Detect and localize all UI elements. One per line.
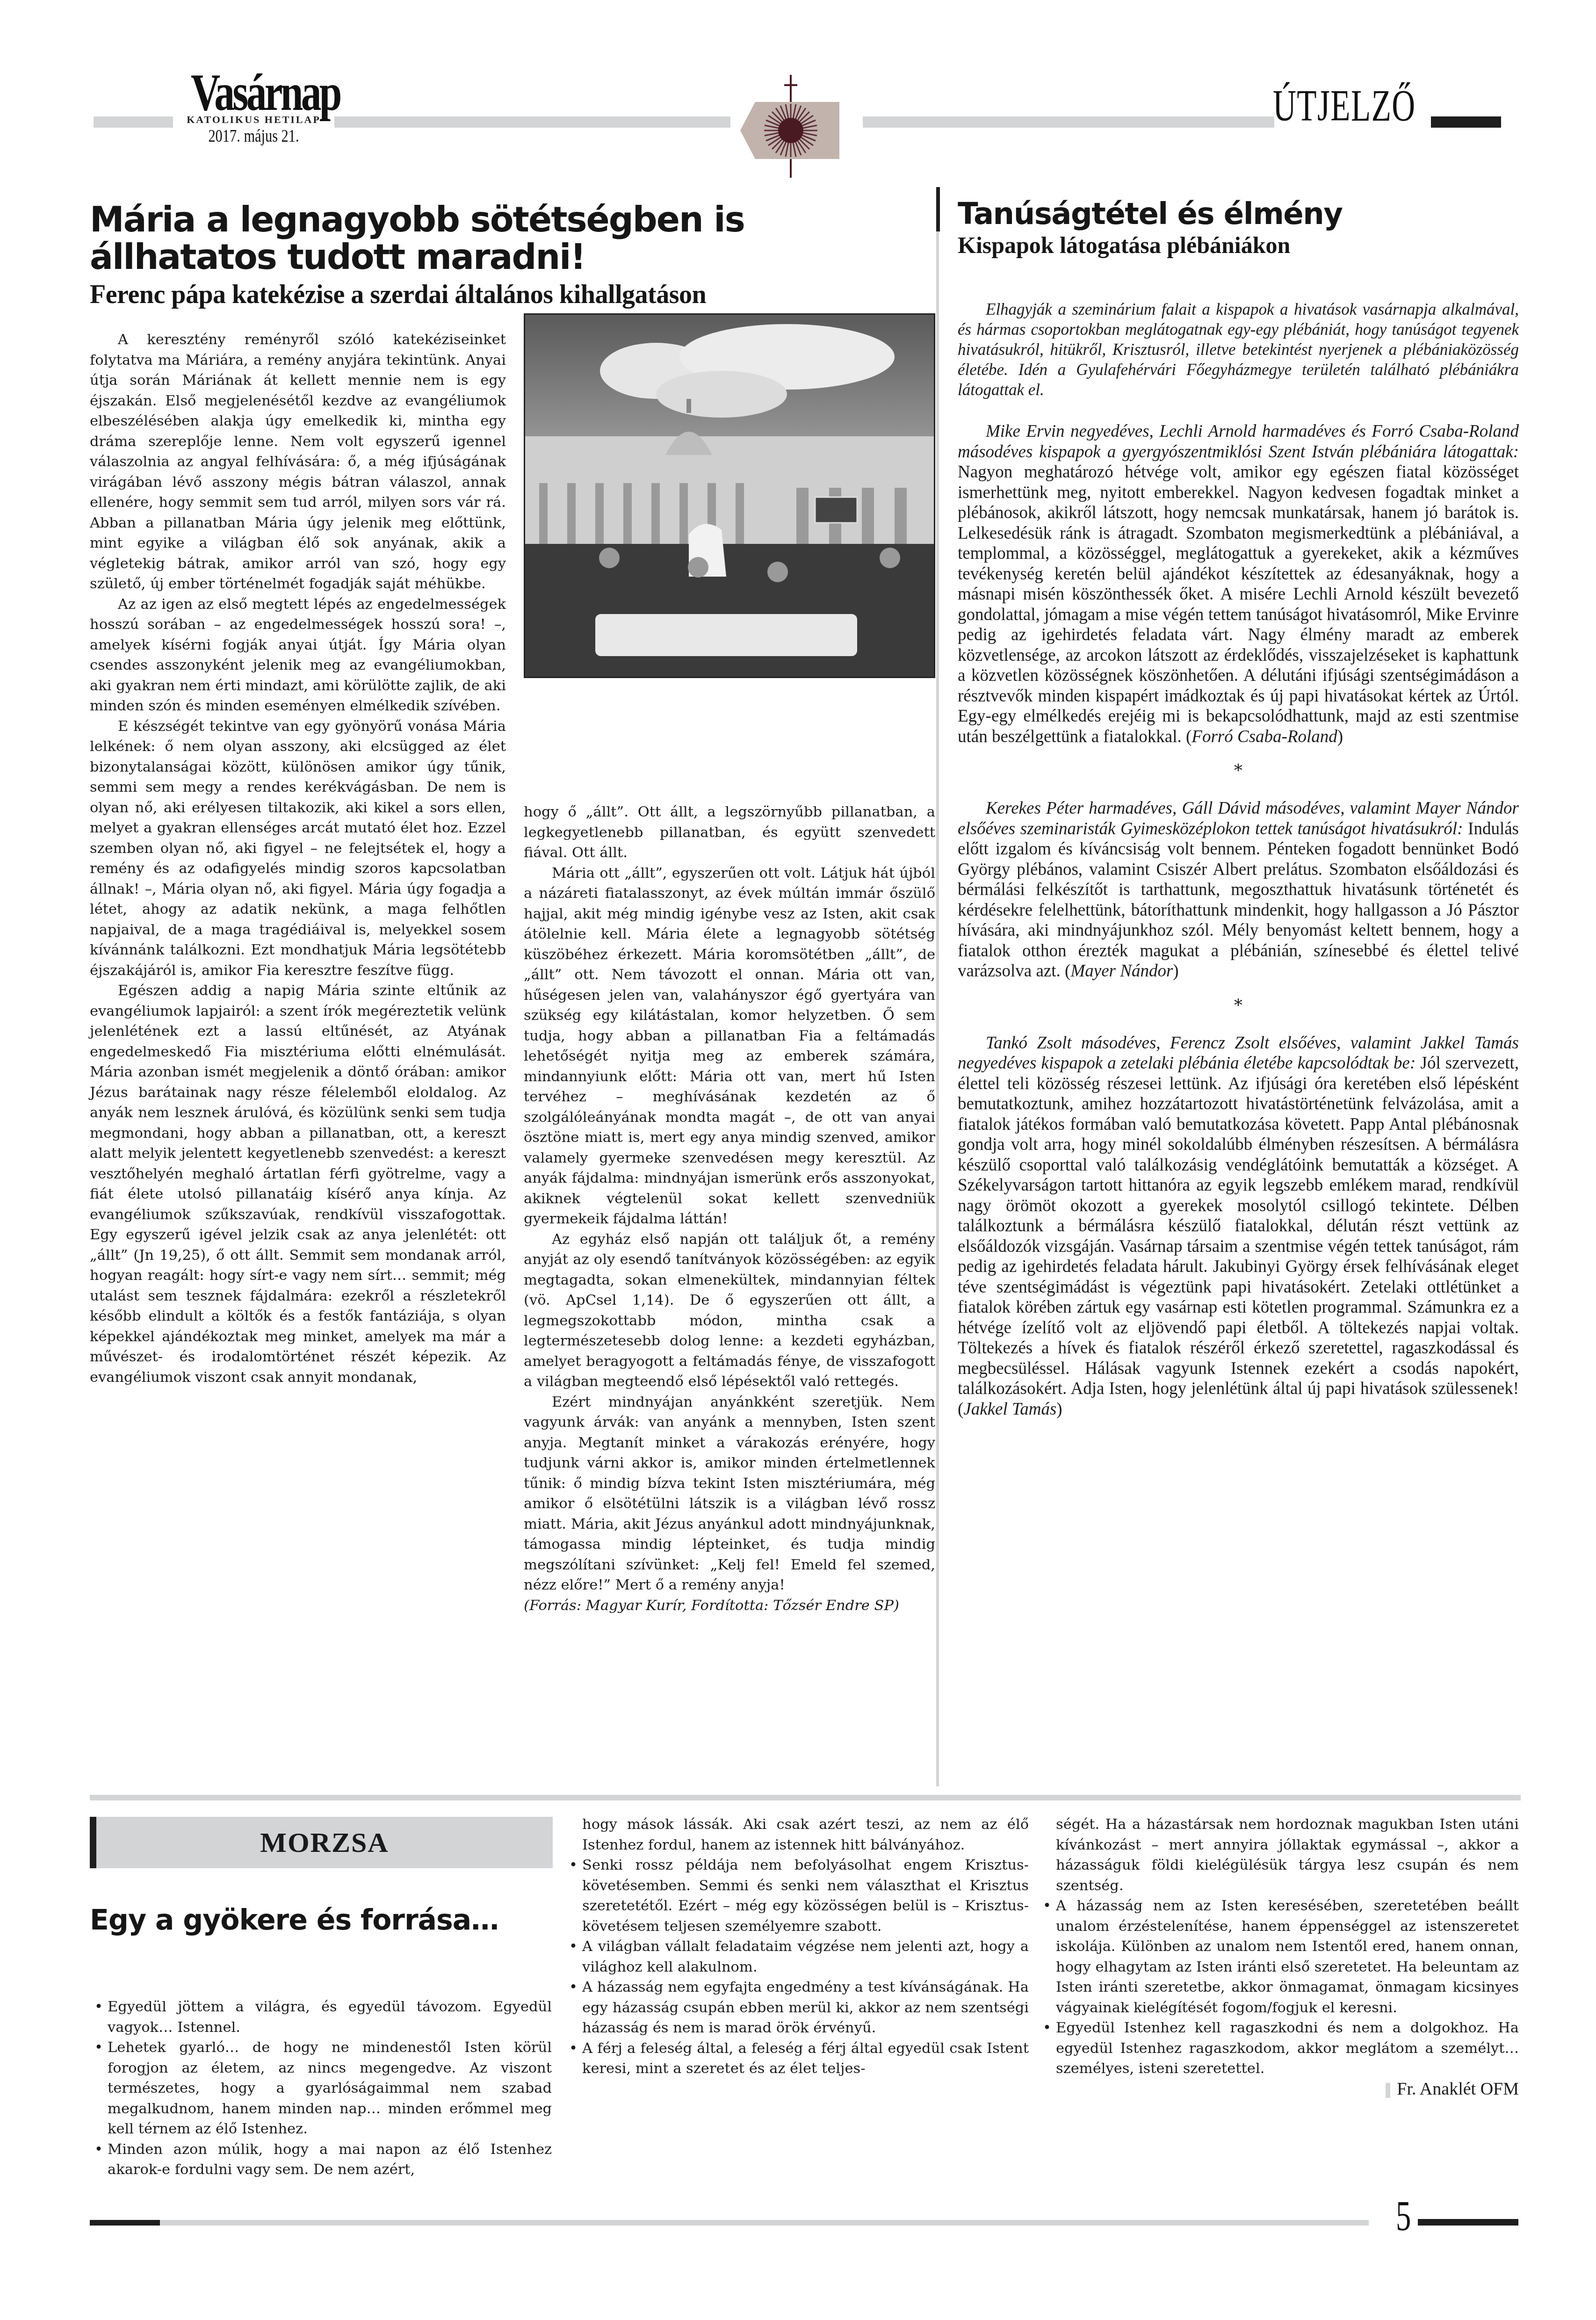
article-header: Tanúságtétel és élmény Kispapok látogatá…: [958, 196, 1519, 258]
article-header: Mária a legnagyobb sötétségben is állhat…: [90, 201, 791, 310]
article-subhead: Kispapok látogatása plébániákon: [958, 232, 1519, 258]
list-item: Minden azon múlik, hogy a mai napon az é…: [94, 2139, 552, 2180]
article-subhead: Ferenc pápa katekézise a szerdai általán…: [90, 280, 791, 310]
article-column-2: hogy ő „állt”. Ott állt, a legszörnyűbb …: [524, 802, 935, 1616]
column-divider: [936, 187, 939, 1786]
paragraph: E készségét tekintve van egy gyönyörű vo…: [90, 716, 506, 981]
paragraph: Mária ott „állt”, egyszerűen ott volt. L…: [524, 863, 935, 1229]
testimony-item: Tankó Zsolt másodéves, Ferencz Zsolt els…: [958, 1033, 1519, 1420]
article-column-1: A keresztény reményről szóló katekézisei…: [90, 330, 506, 1388]
testimony-author: Forró Csaba-Roland: [1192, 727, 1337, 746]
author-signature: Fr. Anaklét OFM: [1042, 2079, 1519, 2100]
testimony-intro: Mike Ervin negyedéves, Lechli Arnold har…: [958, 422, 1519, 462]
list-item-continuation: ségét. Ha a házastársak nem hordoznak ma…: [1042, 1814, 1519, 1896]
list-item-continuation: hogy mások lássák. Aki csak azért teszi,…: [568, 1814, 1029, 1855]
masthead-rule-center-left: [334, 116, 730, 128]
footer-rule-accent: [90, 2220, 160, 2226]
morzsa-headline: Egy a gyökere és forrása…: [90, 1903, 553, 1937]
column-divider-accent: [936, 187, 940, 231]
masthead-rule-center-right: [863, 116, 1274, 128]
paragraph: Az az igen az első megtett lépés az enge…: [90, 594, 506, 716]
list-item: A férj a feleség által, a feleség a férj…: [568, 2038, 1029, 2079]
paragraph: Az egyház első napján ott találjuk őt, a…: [524, 1229, 935, 1392]
signature-mark: [1386, 2083, 1390, 2098]
list-item: Egyedül Istenhez kell ragaszkodni és nem…: [1042, 2018, 1519, 2079]
section-separator: *: [958, 996, 1519, 1016]
paragraph: A keresztény reményről szóló katekézisei…: [90, 330, 506, 594]
section-separator: *: [958, 761, 1519, 781]
testimony-text: Jól szervezett, élettel teli közösség ré…: [958, 1054, 1519, 1419]
paragraph: Egészen addig a napig Mária szinte eltűn…: [90, 981, 506, 1388]
testimony-item: Mike Ervin negyedéves, Lechli Arnold har…: [958, 421, 1519, 747]
testimony-item: Kerekes Péter harmadéves, Gáll Dávid más…: [958, 798, 1519, 982]
list-item: Senki rossz példája nem befolyásolhat en…: [568, 1855, 1029, 1937]
issue-date: 2017. május 21.: [189, 125, 318, 147]
list-item: Lehetek gyarló… de hogy ne mindenestől I…: [94, 2038, 552, 2139]
page-number-bar: [1418, 2219, 1518, 2226]
paragraph: hogy ő „állt”. Ott állt, a legszörnyűbb …: [524, 802, 935, 863]
article-lead: Elhagyják a szeminárium falait a kispapo…: [958, 299, 1519, 400]
monstrance-sun-icon: [737, 75, 845, 178]
author-name: Fr. Anaklét OFM: [1397, 2079, 1519, 2099]
paren: ): [1337, 727, 1343, 746]
article-source: (Forrás: Magyar Kurír, Fordította: Tőzsé…: [524, 1596, 935, 1616]
article-photo[interactable]: [524, 313, 935, 678]
testimony-text: Indulás előtt izgalom és kíváncsiság vol…: [958, 819, 1519, 981]
list-item: A házasság nem az Isten keresésében, sze…: [1042, 1896, 1519, 2018]
article-column-3: Elhagyják a szeminárium falait a kispapo…: [958, 299, 1519, 1419]
list-item: Egyedül jöttem a világra, és egyedül táv…: [94, 1997, 552, 2038]
list-item: A házasság nem egyfajta engedmény a test…: [568, 1977, 1029, 2038]
page-number: 5: [1396, 2193, 1411, 2240]
morzsa-column-2: hogy mások lássák. Aki csak azért teszi,…: [568, 1814, 1029, 2079]
testimony-intro: Kerekes Péter harmadéves, Gáll Dávid más…: [958, 799, 1519, 838]
article-headline: Tanúságtétel és élmény: [958, 196, 1519, 232]
masthead-rule-right: [1431, 116, 1501, 128]
testimony-text: Nagyon meghatározó hétvége volt, amikor …: [958, 463, 1519, 746]
morzsa-label: MORZSA: [96, 1817, 553, 1868]
testimony-author: Jakkel Tamás: [963, 1400, 1056, 1419]
section-title: ÚTJELZŐ: [1273, 82, 1416, 129]
newspaper-logo[interactable]: Vasárnap KATOLIKUS HETILAP 2017. május 2…: [173, 70, 334, 147]
footer-rule: [160, 2220, 1369, 2226]
photo-placeholder-icon: [525, 315, 935, 678]
masthead-rule-left: [94, 116, 173, 128]
section-divider: [90, 1795, 1521, 1800]
testimony-author: Mayer Nándor: [1070, 961, 1173, 981]
morzsa-column-3: ségét. Ha a házastársak nem hordoznak ma…: [1042, 1814, 1519, 2099]
morzsa-column-1: Egyedül jöttem a világra, és egyedül táv…: [94, 1997, 552, 2180]
paragraph: Ezért mindnyájan anyánkként szeretjük. N…: [524, 1392, 935, 1596]
article-headline: Mária a legnagyobb sötétségben is állhat…: [90, 201, 791, 276]
list-item: A világban vállalt feladataim végzése ne…: [568, 1937, 1029, 1977]
logo-name: Vasárnap: [191, 70, 317, 115]
paren: ): [1056, 1400, 1062, 1419]
morzsa-label-box: MORZSA: [90, 1817, 553, 1868]
masthead: Vasárnap KATOLIKUS HETILAP 2017. május 2…: [0, 0, 1596, 178]
paren: ): [1173, 961, 1178, 981]
